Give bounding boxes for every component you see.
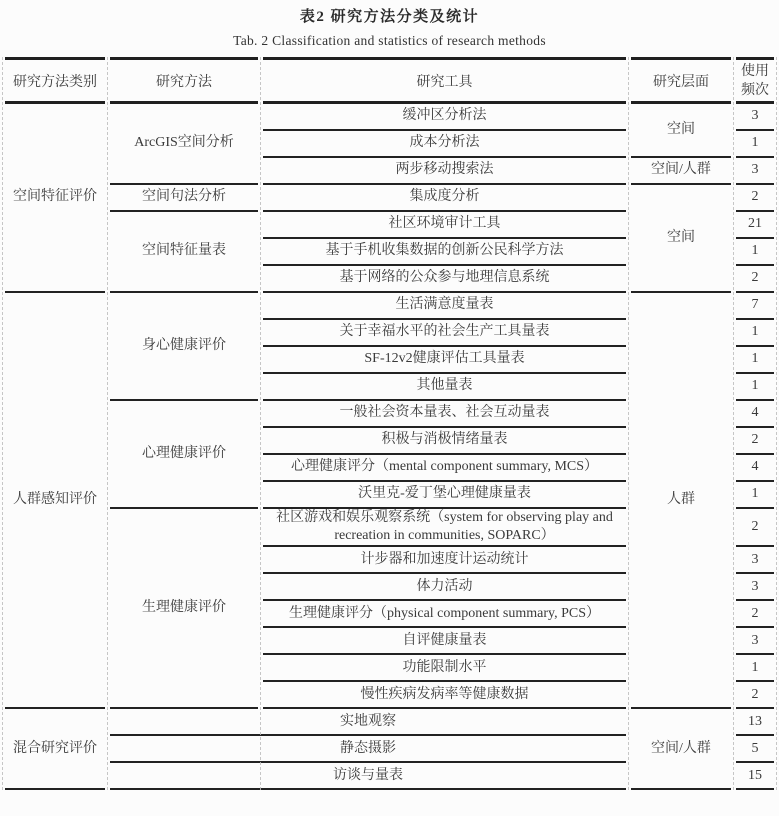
document-page: 表2 研究方法分类及统计 Tab. 2 Classification and s… (0, 0, 779, 816)
table-title-zh: 表2 研究方法分类及统计 (0, 0, 779, 26)
freq-cell: 1 (736, 239, 774, 266)
level-cell: 空间 (631, 104, 731, 158)
category-cell: 人群感知评价 (5, 293, 105, 709)
column-divider (776, 57, 777, 790)
freq-cell: 3 (736, 158, 774, 185)
freq-cell: 2 (736, 185, 774, 212)
freq-cell: 1 (736, 347, 774, 374)
research-methods-table: 研究方法类别 研究方法 研究工具 研究层面 使用 频次 空间特征评价 ArcGI… (0, 57, 779, 790)
header-level: 研究层面 (631, 57, 731, 104)
tool-cell: 计步器和加速度计运动统计 (263, 547, 626, 574)
freq-cell: 1 (736, 320, 774, 347)
freq-cell: 21 (736, 212, 774, 239)
freq-cell: 5 (736, 736, 774, 763)
header-tool: 研究工具 (263, 57, 626, 104)
freq-cell: 1 (736, 655, 774, 682)
tool-cell: SF-12v2健康评估工具量表 (263, 347, 626, 374)
level-cell: 人群 (631, 293, 731, 709)
header-row: 研究方法类别 研究方法 研究工具 研究层面 使用 频次 (5, 57, 774, 104)
tool-cell: 生理健康评分（physical component summary, PCS） (263, 601, 626, 628)
method-cell: 生理健康评价 (110, 509, 258, 709)
category-cell: 空间特征评价 (5, 104, 105, 293)
method-cell: 身心健康评价 (110, 293, 258, 401)
freq-cell: 2 (736, 266, 774, 293)
freq-cell: 13 (736, 709, 774, 736)
table-region: 研究方法类别 研究方法 研究工具 研究层面 使用 频次 空间特征评价 ArcGI… (0, 57, 779, 790)
freq-cell: 3 (736, 574, 774, 601)
freq-cell: 2 (736, 601, 774, 628)
method-cell: 空间特征量表 (110, 212, 258, 293)
table-row: 空间特征评价 ArcGIS空间分析 缓冲区分析法 空间 3 (5, 104, 774, 131)
tool-cell: 自评健康量表 (263, 628, 626, 655)
tool-cell: 社区环境审计工具 (263, 212, 626, 239)
freq-cell: 3 (736, 104, 774, 131)
tool-cell: 基于手机收集数据的创新公民科学方法 (263, 239, 626, 266)
freq-cell: 1 (736, 482, 774, 509)
freq-cell: 2 (736, 682, 774, 709)
column-divider (2, 57, 3, 790)
header-category: 研究方法类别 (5, 57, 105, 104)
freq-cell: 2 (736, 428, 774, 455)
tool-cell: 两步移动搜索法 (263, 158, 626, 185)
category-cell: 混合研究评价 (5, 709, 105, 790)
freq-cell: 3 (736, 628, 774, 655)
tool-cell: 慢性疾病发病率等健康数据 (263, 682, 626, 709)
level-cell: 空间/人群 (631, 709, 731, 790)
freq-cell: 4 (736, 455, 774, 482)
header-frequency: 使用 频次 (736, 57, 774, 104)
tool-cell: 生活满意度量表 (263, 293, 626, 320)
freq-cell: 4 (736, 401, 774, 428)
freq-cell: 7 (736, 293, 774, 320)
tool-cell: 体力活动 (263, 574, 626, 601)
tool-cell: 集成度分析 (263, 185, 626, 212)
column-divider (260, 57, 261, 790)
tool-cell: 社区游戏和娱乐观察系统（system for observing play an… (263, 509, 626, 547)
tool-cell: 缓冲区分析法 (263, 104, 626, 131)
column-divider (107, 57, 108, 790)
level-cell: 空间 (631, 185, 731, 293)
tool-cell: 功能限制水平 (263, 655, 626, 682)
column-divider (733, 57, 734, 790)
freq-cell: 15 (736, 763, 774, 790)
level-cell: 空间/人群 (631, 158, 731, 185)
column-divider (628, 57, 629, 790)
method-cell: ArcGIS空间分析 (110, 104, 258, 185)
tool-cell: 成本分析法 (263, 131, 626, 158)
tool-cell: 沃里克-爱丁堡心理健康量表 (263, 482, 626, 509)
table-row: 人群感知评价 身心健康评价 生活满意度量表 人群 7 (5, 293, 774, 320)
freq-cell: 1 (736, 131, 774, 158)
header-frequency-line1: 使用 (736, 62, 774, 81)
tool-cell: 基于网络的公众参与地理信息系统 (263, 266, 626, 293)
freq-cell: 2 (736, 509, 774, 547)
header-frequency-line2: 频次 (736, 81, 774, 100)
tool-cell: 其他量表 (263, 374, 626, 401)
tool-cell: 访谈与量表 (110, 763, 626, 790)
header-method: 研究方法 (110, 57, 258, 104)
method-cell: 心理健康评价 (110, 401, 258, 509)
freq-cell: 1 (736, 374, 774, 401)
tool-cell: 静态摄影 (110, 736, 626, 763)
tool-cell: 关于幸福水平的社会生产工具量表 (263, 320, 626, 347)
table-row: 空间句法分析 集成度分析 空间 2 (5, 185, 774, 212)
tool-cell: 心理健康评分（mental component summary, MCS） (263, 455, 626, 482)
table-row: 混合研究评价 实地观察 空间/人群 13 (5, 709, 774, 736)
method-cell: 空间句法分析 (110, 185, 258, 212)
freq-cell: 3 (736, 547, 774, 574)
tool-cell: 一般社会资本量表、社会互动量表 (263, 401, 626, 428)
tool-cell: 积极与消极情绪量表 (263, 428, 626, 455)
tool-cell: 实地观察 (110, 709, 626, 736)
table-title-en: Tab. 2 Classification and statistics of … (0, 33, 779, 49)
